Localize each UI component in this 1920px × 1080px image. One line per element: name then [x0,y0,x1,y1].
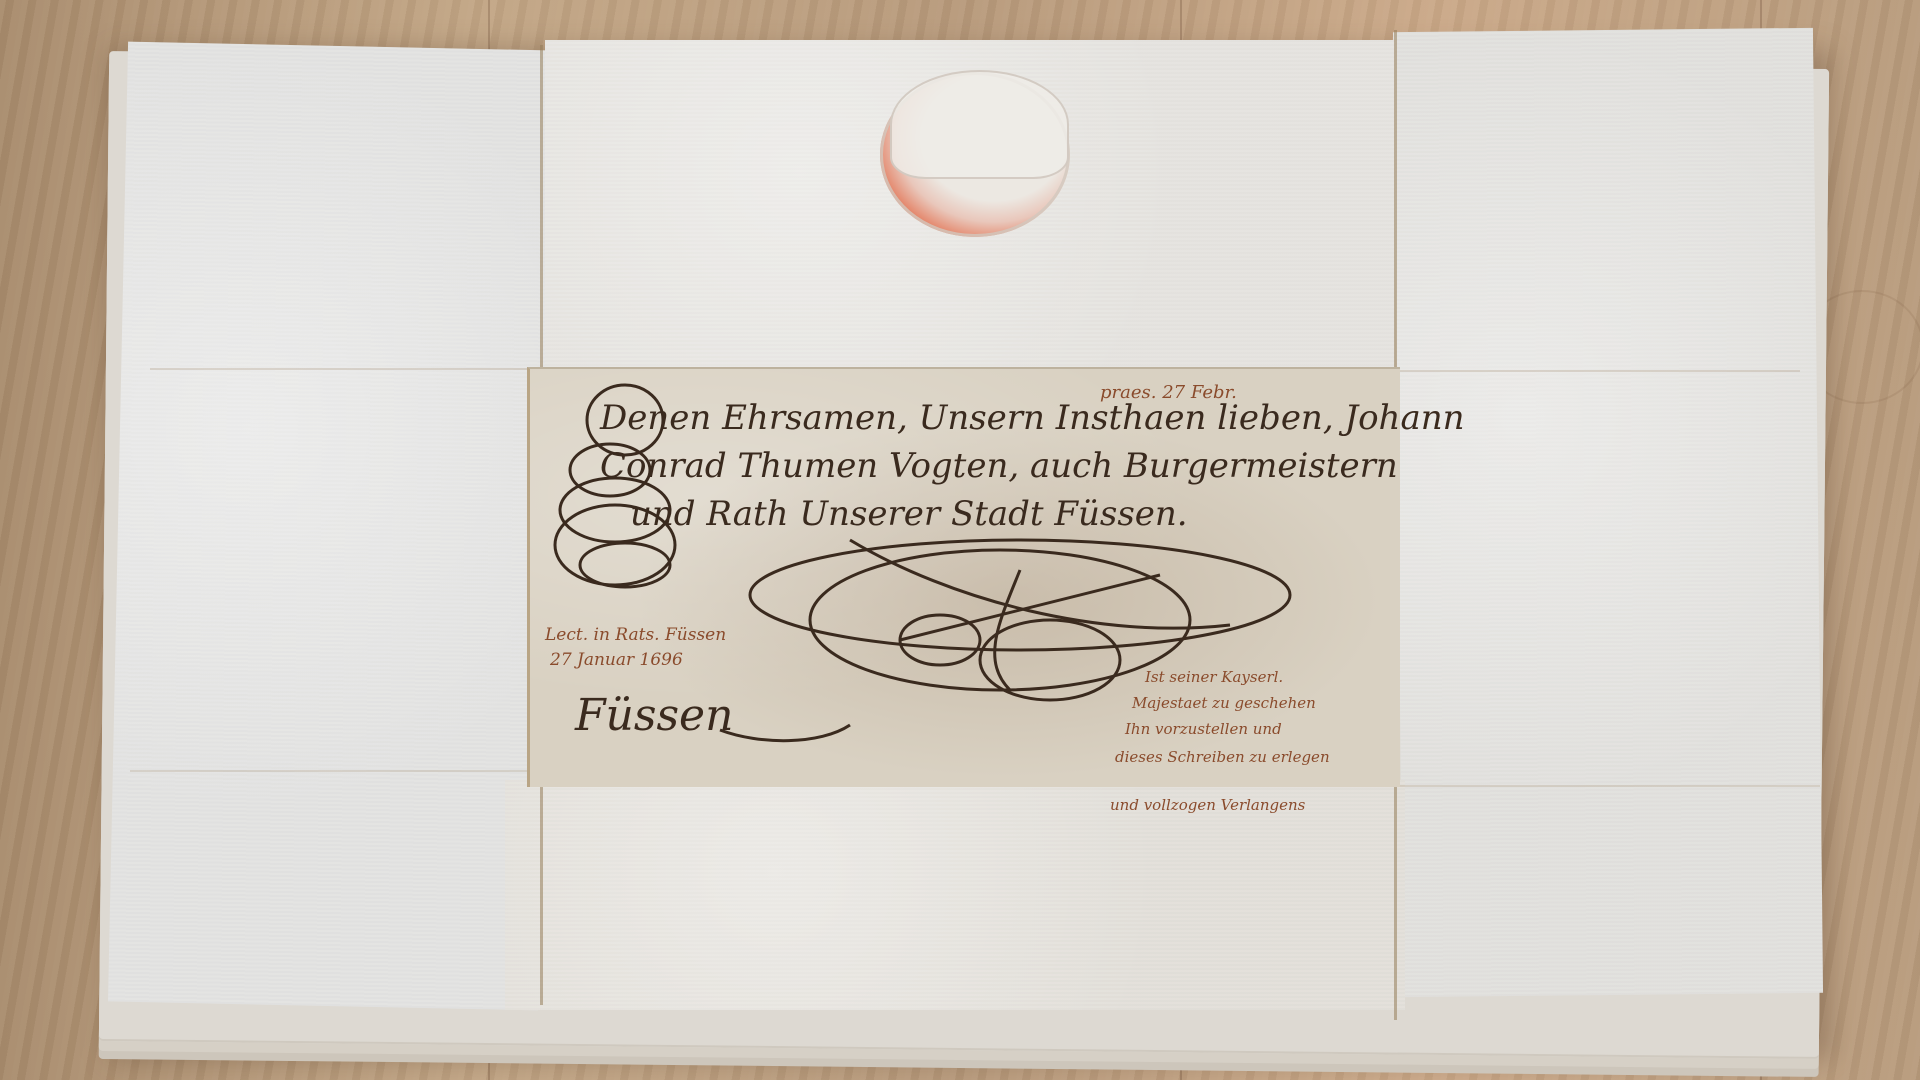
calligraphic-flourishes [0,0,1920,1080]
photo-scene: Denen Ehrsamen, Unsern Insthaen lieben, … [0,0,1920,1080]
